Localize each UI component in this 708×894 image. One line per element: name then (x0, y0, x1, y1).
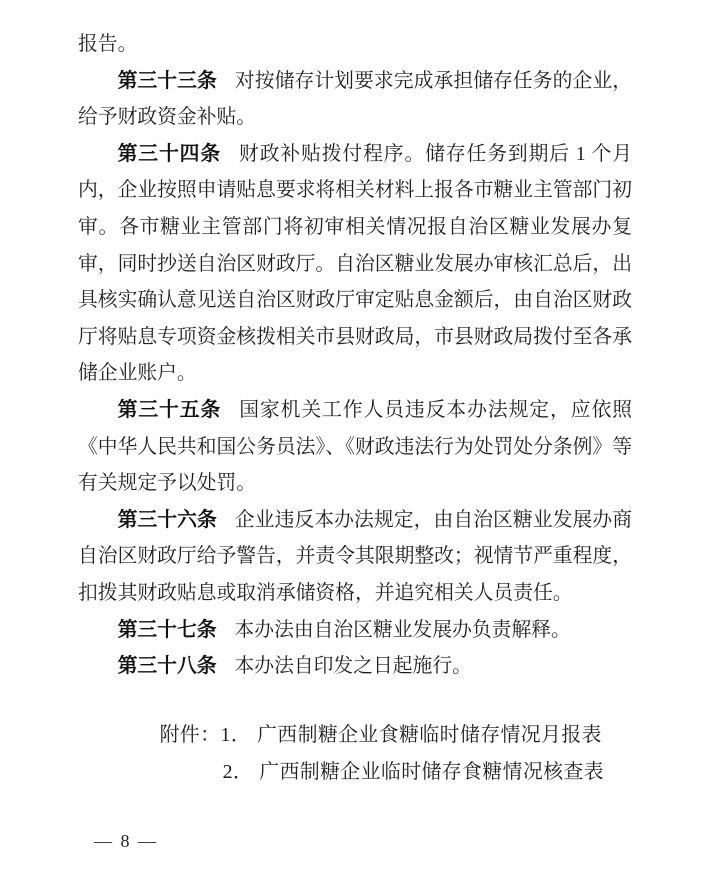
article-number: 第三十七条 (118, 619, 217, 641)
attachments-block: 附件：1．广西制糖企业食糖临时储存情况月报表 2．广西制糖企业临时储存食糖情况核… (78, 717, 632, 791)
attachment-number: 1． (220, 724, 251, 746)
article-number: 第三十六条 (118, 509, 217, 531)
article-number: 第三十八条 (118, 655, 217, 677)
paragraph-article-35: 第三十五条国家机关工作人员违反本办法规定，应依照《中华人民共和国公务员法》、《财… (78, 392, 632, 502)
paragraph-article-38: 第三十八条本办法自印发之日起施行。 (78, 648, 632, 685)
paragraph-text: 本办法由自治区糖业发展办负责解释。 (235, 619, 571, 641)
document-body: 报告。 第三十三条对按储存计划要求完成承担储存任务的企业，给予财政资金补贴。 第… (78, 26, 632, 791)
document-page: 报告。 第三十三条对按储存计划要求完成承担储存任务的企业，给予财政资金补贴。 第… (0, 0, 708, 894)
attachment-title: 广西制糖企业临时储存食糖情况核查表 (259, 761, 604, 783)
paragraph-article-37: 第三十七条本办法由自治区糖业发展办负责解释。 (78, 612, 632, 649)
attachments-label: 附件： (160, 724, 221, 746)
paragraph-article-34: 第三十四条财政补贴拨付程序。储存任务到期后 1 个月内，企业按照申请贴息要求将相… (78, 136, 632, 392)
attachment-title: 广西制糖企业食糖临时储存情况月报表 (257, 724, 602, 746)
paragraph: 报告。 (78, 26, 632, 63)
paragraph-article-36: 第三十六条企业违反本办法规定，由自治区糖业发展办商自治区财政厅给予警告，并责令其… (78, 502, 632, 612)
article-number: 第三十五条 (118, 399, 222, 421)
article-number: 第三十四条 (118, 143, 221, 165)
page-number: — 8 — (94, 831, 158, 852)
paragraph-article-33: 第三十三条对按储存计划要求完成承担储存任务的企业，给予财政资金补贴。 (78, 63, 632, 136)
attachment-number: 2． (223, 761, 254, 783)
paragraph-text: 报告。 (78, 33, 137, 55)
attachment-item-2: 2．广西制糖企业临时储存食糖情况核查表 (78, 754, 632, 791)
attachment-item-1: 附件：1．广西制糖企业食糖临时储存情况月报表 (78, 717, 632, 754)
paragraph-text: 本办法自印发之日起施行。 (235, 655, 472, 677)
article-number: 第三十三条 (118, 70, 217, 92)
paragraph-text: 财政补贴拨付程序。储存任务到期后 1 个月内，企业按照申请贴息要求将相关材料上报… (78, 143, 632, 385)
